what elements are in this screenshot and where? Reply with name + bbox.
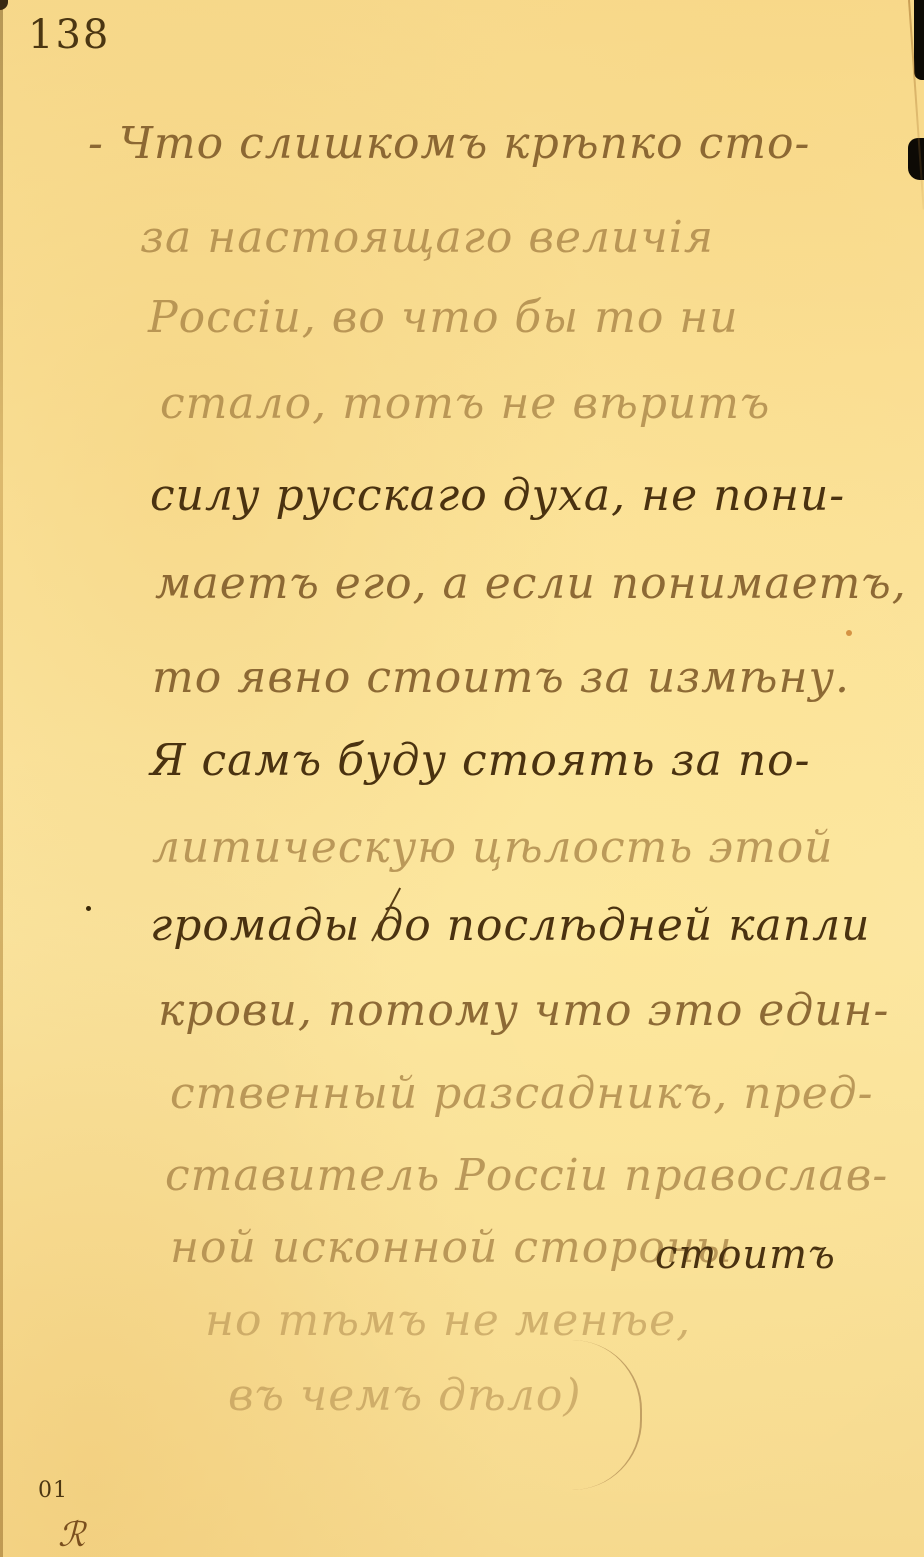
bottom-margin-flourish: ℛ <box>58 1515 86 1555</box>
closing-bracket-mark <box>560 1340 642 1490</box>
interlinear-insertion: стоитъ <box>655 1232 836 1278</box>
manuscript-line-3: Россіи, во что бы то ни <box>148 292 739 343</box>
manuscript-line-2: за настоящаго величія <box>140 212 714 263</box>
margin-dot <box>86 906 91 911</box>
ink-spot <box>846 630 852 636</box>
manuscript-line-1: - Что слишкомъ крѣпко сто- <box>88 118 810 169</box>
manuscript-line-10: громады до послѣдней капли <box>150 900 870 951</box>
manuscript-line-6: маетъ его, а если понимаетъ, <box>155 558 907 609</box>
manuscript-line-4: стало, тотъ не вѣритъ <box>160 378 770 429</box>
manuscript-line-13: ставитель Россіи православ- <box>165 1150 888 1201</box>
manuscript-line-16: въ чемъ дѣло) <box>228 1370 582 1421</box>
manuscript-line-9: литическую цѣлость этой <box>152 822 834 873</box>
folio-number: 138 <box>28 12 110 58</box>
paper-torn-edge <box>914 0 924 80</box>
manuscript-line-12: ственный разсадникъ, пред- <box>170 1068 874 1119</box>
manuscript-line-14: ной исконной стороны <box>170 1222 733 1273</box>
manuscript-line-8: Я самъ буду стоять за по- <box>150 735 811 786</box>
bottom-margin-number: 01 <box>38 1478 68 1503</box>
paper-torn-corner <box>0 0 8 10</box>
manuscript-line-15: но тѣмъ не менѣе, <box>205 1295 691 1346</box>
manuscript-line-7: то явно стоитъ за измѣну. <box>152 652 850 703</box>
paper-left-edge <box>0 0 3 1557</box>
manuscript-page: 138 - Что слишкомъ крѣпко сто- за настоя… <box>0 0 924 1557</box>
manuscript-line-11: крови, потому что это един- <box>158 985 889 1036</box>
manuscript-line-5: силу русскаго духа, не пони- <box>150 470 845 521</box>
